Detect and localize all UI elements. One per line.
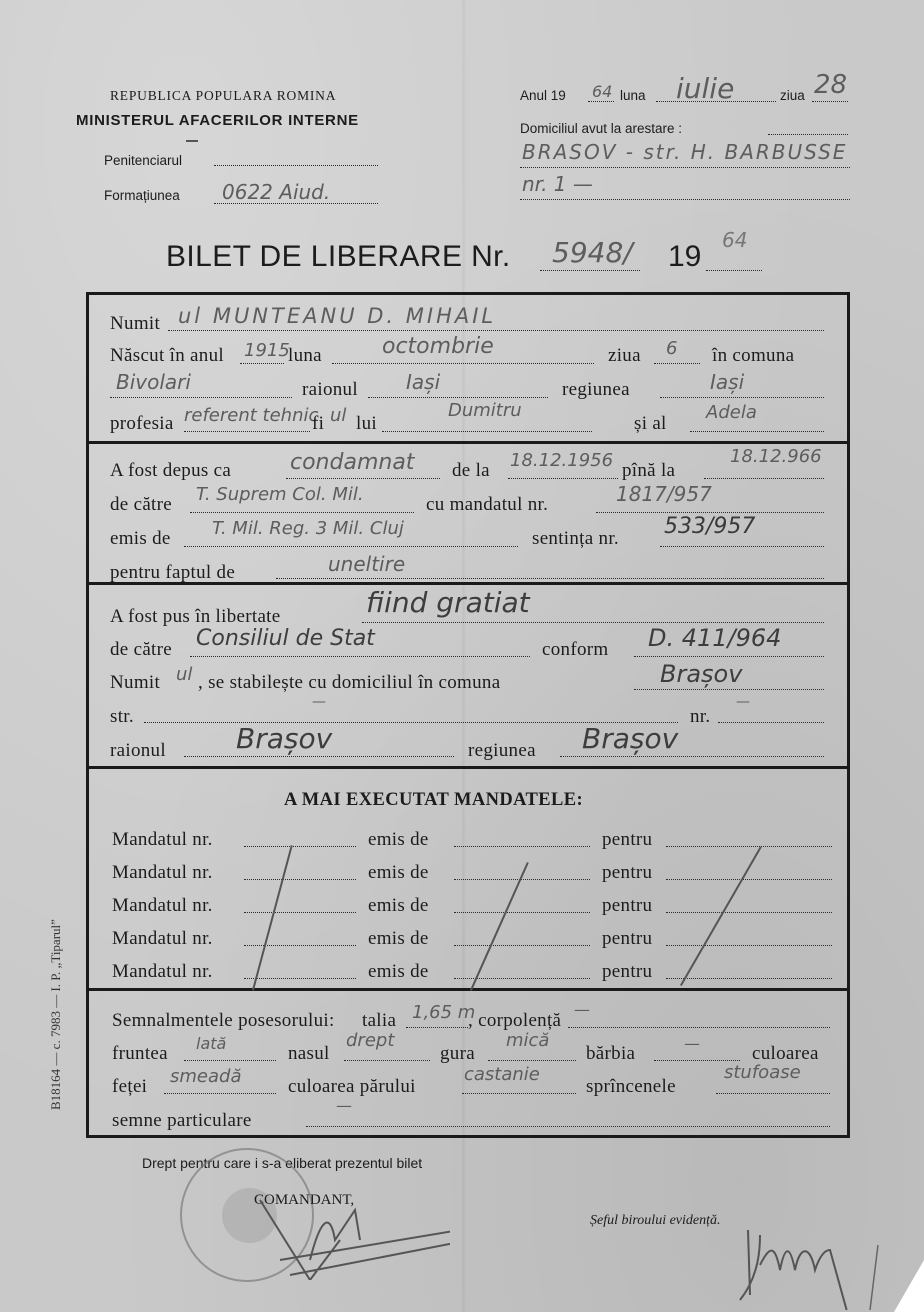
printer-note: B18164 — c. 7983 — I. P. „Tiparul” [48,919,64,1110]
forehead-label: fruntea [112,1043,168,1065]
mandate-nr-label: Mandatul nr. [112,895,213,917]
name-field [168,330,824,331]
mandate-nr-label: Mandatul nr. [112,829,213,851]
title-year-value: 64 [722,228,747,252]
mandate-nr-field [244,846,356,847]
mandate-emis-field [454,879,590,880]
district-value: Iași [406,370,440,394]
hair-value: castanie [464,1064,540,1085]
republic-heading: REPUBLICA POPULARA ROMINA [110,88,336,104]
build-value: — [574,1000,590,1019]
release-region-value: Brașov [582,722,678,755]
according-field [634,656,824,657]
sentence-label: sentința nr. [532,528,619,550]
father-of-label: lui [356,413,377,435]
born-day-field [654,363,700,364]
mandate-pentru-label: pentru [602,895,652,917]
street-label: str. [110,706,134,728]
mandate-pentru-field [666,978,832,979]
deed-value: uneltire [328,552,405,576]
release-district-field [184,756,454,757]
mandate-emis-field [454,945,590,946]
forehead-value: lată [196,1034,226,1053]
torn-corner [894,1260,924,1312]
release-by-field [190,656,530,657]
commune-label: în comuna [712,345,794,367]
mother-value: Adela [706,402,757,423]
mother-label: și al [634,413,667,435]
sentence-value: 533/957 [664,514,755,539]
born-day-label: ziua [608,345,641,367]
born-month-field [332,363,594,364]
day-field [812,101,848,102]
mandate-pentru-label: pentru [602,961,652,983]
formation-value: 0622 Aiud. [222,180,330,204]
mandates-heading: A MAI EXECUTAT MANDATELE: [284,790,583,811]
born-year: 1915 [244,340,290,361]
nose-field [344,1060,430,1061]
mandate-pentru-label: pentru [602,928,652,950]
records-chief-signature-icon [730,1225,890,1310]
deed-label: pentru faptul de [110,562,235,584]
month-value: iulie [676,72,734,105]
freed-label: A fost pus în libertate [110,606,281,628]
dash-divider [186,140,198,142]
brows-value: stufoase [724,1062,801,1083]
chin-value: — [684,1034,700,1053]
mandate-pentru-label: pentru [602,862,652,884]
marks-label: semne particulare [112,1110,252,1132]
according-label: conform [542,639,608,661]
profession-value: referent tehnic [184,405,318,426]
mandate-nr-field [244,978,356,979]
section-divider [86,766,850,769]
document-title: BILET DE LIBERARE Nr. [166,240,511,274]
records-chief-label: Șeful biroului evidență. [590,1213,721,1229]
month-label: luna [620,88,646,103]
release-by-label: de către [110,639,172,661]
nose-value: drept [346,1030,394,1051]
chin-label: bărbia [586,1043,635,1065]
from-value: 18.12.1956 [510,450,613,471]
mouth-field [488,1060,576,1061]
mandate-emis-label: emis de [368,928,429,950]
by-label: de către [110,494,172,516]
nr-field [718,722,824,723]
penitentiary-label: Penitenciarul [104,153,182,168]
release-district-value: Brașov [236,722,332,755]
year-field [588,101,614,102]
nose-label: nasul [288,1043,330,1065]
hair-label: culoarea părului [288,1076,416,1098]
by-field [190,512,414,513]
district-field [368,397,548,398]
mandate-emis-field [454,912,590,913]
until-value: 18.12.966 [730,446,822,467]
arrest-domicile-field [768,134,848,135]
mandate-nr-field [244,879,356,880]
street-value: — [312,694,326,710]
mandate-pentru-field [666,879,832,880]
deed-field [276,578,824,579]
day-value: 28 [814,70,847,100]
mandate-value: 1817/957 [616,482,712,506]
son-value: ul [330,405,346,426]
mandate-emis-field [454,846,590,847]
born-day: 6 [666,338,677,359]
release-district-label: raionul [110,740,166,762]
mandate-nr-field [244,945,356,946]
mother-field [690,431,824,432]
description-label: Semnalmentele posesorului: [112,1010,335,1032]
formation-label: Formațiunea [104,188,180,203]
height-label: talia [362,1010,396,1032]
title-number-field [540,270,640,271]
marks-field [306,1126,830,1127]
title-year-field [706,270,762,271]
title-number: 5948/ [552,236,633,269]
arrest-domicile-line2-field [520,199,850,200]
issued-field [184,546,518,547]
mandate-pentru-label: pentru [602,829,652,851]
mandate-emis-label: emis de [368,895,429,917]
name-label: Numit [110,313,160,335]
mandate-nr-label: Mandatul nr. [112,862,213,884]
mandate-pentru-field [666,912,832,913]
settle-commune-field [634,689,824,690]
height-field [406,1027,468,1028]
section-divider [86,441,850,444]
mandate-emis-label: emis de [368,829,429,851]
arrest-domicile-line1-field [520,167,850,168]
name-value: ul MUNTEANU D. MIHAIL [178,304,496,328]
commander-signature-icon [220,1180,450,1280]
penitentiary-field [214,165,378,166]
face-color-field [164,1093,276,1094]
arrest-domicile-line1: BRASOV - str. H. BARBUSSE [522,140,847,164]
mouth-value: mică [506,1030,549,1051]
deposited-value: condamnat [290,450,414,475]
mandate-pentru-field [666,846,832,847]
nr-value: — [736,694,750,710]
according-value: D. 411/964 [648,624,781,652]
son-label: fi [312,413,324,435]
release-region-field [560,756,824,757]
settle-commune: Brașov [660,660,742,688]
brows-field [716,1093,830,1094]
commune-value: Bivolari [116,370,191,394]
born-month: octombrie [382,334,494,359]
marks-value: — [336,1096,352,1115]
mandate-nr-field [244,912,356,913]
born-label: Născut în anul [110,345,224,367]
freed-value: fiind gratiat [366,586,530,619]
section-divider [86,988,850,991]
ministry-heading: MINISTERUL AFACERILOR INTERNE [76,112,359,129]
born-month-label: luna [288,345,322,367]
region-label: regiunea [562,379,630,401]
year-label: Anul 19 [520,88,566,103]
father-field [382,431,592,432]
mandate-emis-label: emis de [368,961,429,983]
release-region-label: regiunea [468,740,536,762]
arrest-domicile-label: Domiciliul avut la arestare : [520,121,682,136]
nr-label: nr. [690,706,710,728]
deposited-field [286,478,440,479]
mandate-label: cu mandatul nr. [426,494,548,516]
settle-label-b: , se stabilește cu domiciliul în comuna [198,672,500,694]
face-color-value: smeadă [170,1066,241,1087]
day-label: ziua [780,88,805,103]
from-field [508,478,618,479]
mouth-label: gura [440,1043,475,1065]
region-value: Iași [710,370,744,394]
release-by-value: Consiliul de Stat [196,626,375,651]
settle-suffix: ul [176,664,192,685]
region-field [660,397,824,398]
freed-field [362,622,824,623]
chin-field [654,1060,740,1061]
face-color-label-b: feței [112,1076,147,1098]
hair-field [462,1093,576,1094]
mandate-nr-label: Mandatul nr. [112,961,213,983]
height-value: 1,65 m [412,1002,475,1023]
mandate-nr-label: Mandatul nr. [112,928,213,950]
profession-field [184,431,310,432]
issued-value: T. Mil. Reg. 3 Mil. Cluj [212,518,404,539]
mandate-emis-label: emis de [368,862,429,884]
by-value: T. Suprem Col. Mil. [196,484,364,505]
born-year-field [240,363,284,364]
forehead-field [184,1060,276,1061]
year-value: 64 [592,82,612,101]
profession-label: profesia [110,413,174,435]
until-field [704,478,824,479]
issued-label: emis de [110,528,171,550]
mandate-field [596,512,824,513]
sentence-field [660,546,824,547]
district-label: raionul [302,379,358,401]
build-field [568,1027,830,1028]
mandate-pentru-field [666,945,832,946]
father-value: Dumitru [448,400,522,421]
settle-label-a: Numit [110,672,160,694]
arrest-domicile-line2: nr. 1 — [522,172,593,196]
build-label: , corpolență [468,1010,561,1032]
commune-field [110,397,292,398]
deposited-label: A fost depus ca [110,460,231,482]
brows-label: sprîncenele [586,1076,676,1098]
until-label: pînă la [622,460,675,482]
from-label: de la [452,460,490,482]
title-year-prefix: 19 [668,240,701,274]
